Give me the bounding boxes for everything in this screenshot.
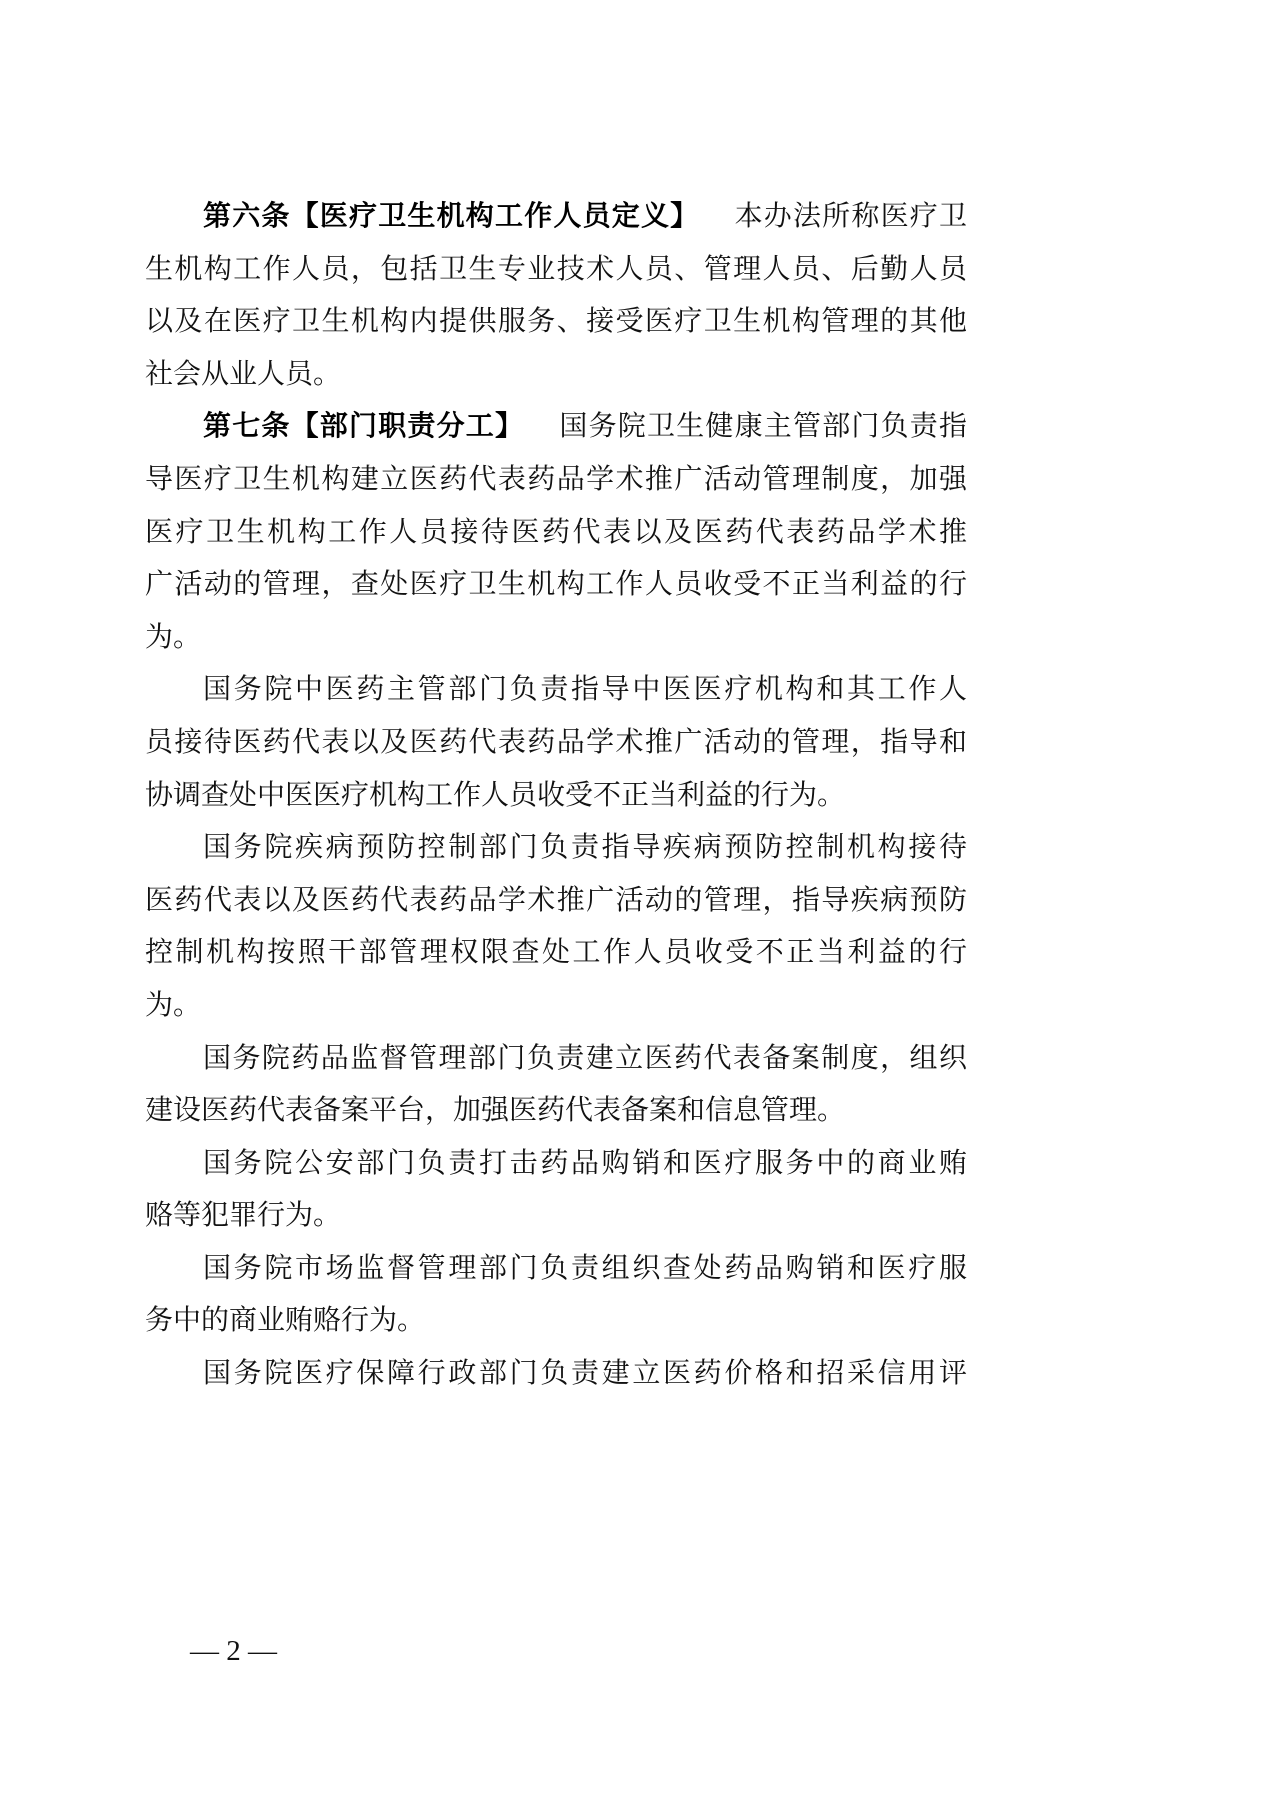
article-7-line-3: 医疗卫生机构工作人员接待医药代表以及医药代表药品学术推 xyxy=(145,506,967,559)
paragraph-tcm-line-2: 员接待医药代表以及医药代表药品学术推广活动的管理，指导和 xyxy=(145,716,967,769)
article-6-line-2: 生机构工作人员，包括卫生专业技术人员、管理人员、后勤人员 xyxy=(145,243,967,296)
paragraph-cdc-line-3: 控制机构按照干部管理权限查处工作人员收受不正当利益的行 xyxy=(145,926,967,979)
article-7-line-2: 导医疗卫生机构建立医药代表药品学术推广活动管理制度，加强 xyxy=(145,453,967,506)
page-number: — 2 — xyxy=(190,1635,277,1668)
article-7-line-5: 为。 xyxy=(145,611,967,664)
article-6-heading: 第六条【医疗卫生机构工作人员定义】 xyxy=(203,199,699,232)
paragraph-cdc-line-1: 国务院疾病预防控制部门负责指导疾病预防控制机构接待 xyxy=(145,821,967,874)
article-6-line-3: 以及在医疗卫生机构内提供服务、接受医疗卫生机构管理的其他 xyxy=(145,295,967,348)
paragraph-nhsa-line-1: 国务院医疗保障行政部门负责建立医药价格和招采信用评 xyxy=(145,1347,967,1400)
paragraph-tcm-line-3: 协调查处中医医疗机构工作人员收受不正当利益的行为。 xyxy=(145,769,967,822)
article-7-heading: 第七条【部门职责分工】 xyxy=(203,409,524,442)
paragraph-samr-line-1: 国务院市场监督管理部门负责组织查处药品购销和医疗服 xyxy=(145,1242,967,1295)
article-6-line-1: 第六条【医疗卫生机构工作人员定义】本办法所称医疗卫 xyxy=(145,190,967,243)
article-6-line-4: 社会从业人员。 xyxy=(145,348,967,401)
paragraph-cdc-line-2: 医药代表以及医药代表药品学术推广活动的管理，指导疾病预防 xyxy=(145,874,967,927)
article-7-line-1: 第七条【部门职责分工】国务院卫生健康主管部门负责指 xyxy=(145,400,967,453)
article-6-text: 本办法所称医疗卫 xyxy=(733,199,967,232)
article-7-line-4: 广活动的管理，查处医疗卫生机构工作人员收受不正当利益的行 xyxy=(145,558,967,611)
document-body: 第六条【医疗卫生机构工作人员定义】本办法所称医疗卫 生机构工作人员，包括卫生专业… xyxy=(145,190,967,1400)
paragraph-cdc-line-4: 为。 xyxy=(145,979,967,1032)
paragraph-nmpa-line-2: 建设医药代表备案平台，加强医药代表备案和信息管理。 xyxy=(145,1084,967,1137)
paragraph-nmpa-line-1: 国务院药品监督管理部门负责建立医药代表备案制度，组织 xyxy=(145,1032,967,1085)
document-page: 第六条【医疗卫生机构工作人员定义】本办法所称医疗卫 生机构工作人员，包括卫生专业… xyxy=(0,0,1280,1810)
paragraph-samr-line-2: 务中的商业贿赂行为。 xyxy=(145,1294,967,1347)
paragraph-police-line-1: 国务院公安部门负责打击药品购销和医疗服务中的商业贿 xyxy=(145,1137,967,1190)
paragraph-tcm-line-1: 国务院中医药主管部门负责指导中医医疗机构和其工作人 xyxy=(145,663,967,716)
paragraph-police-line-2: 赂等犯罪行为。 xyxy=(145,1189,967,1242)
article-7-text: 国务院卫生健康主管部门负责指 xyxy=(558,409,967,442)
